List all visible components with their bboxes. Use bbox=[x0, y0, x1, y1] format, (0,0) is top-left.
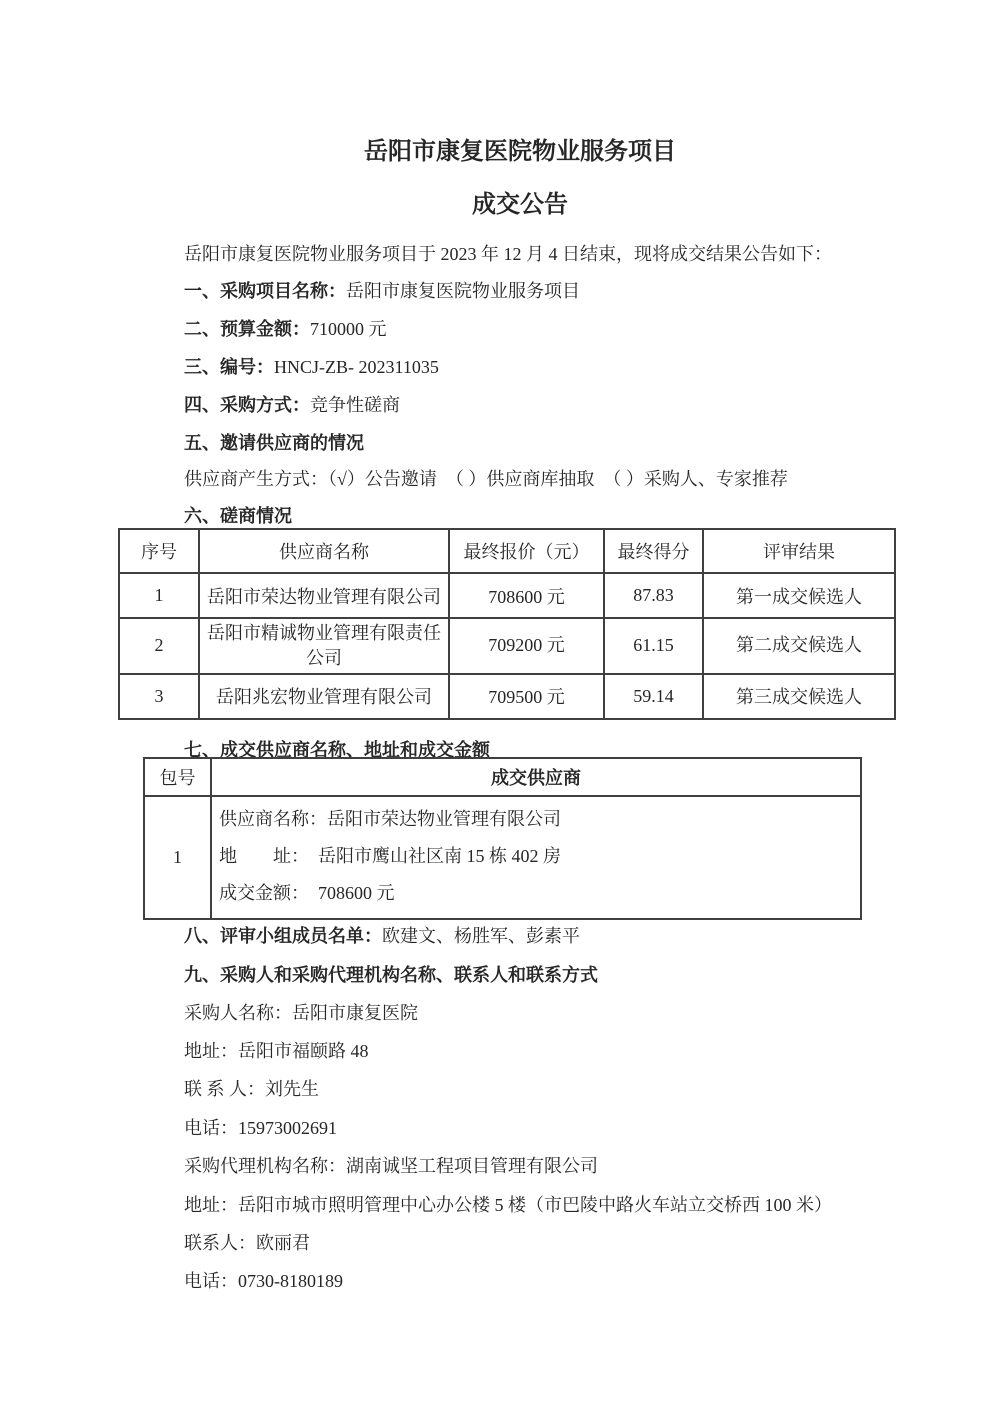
cell-final-score: 61.15 bbox=[604, 618, 703, 674]
contact-buyer-address: 地址：岳阳市福颐路 48 bbox=[184, 1040, 369, 1063]
negotiation-table: 序号 供应商名称 最终报价（元） 最终得分 评审结果 1 岳阳市荣达物业管理有限… bbox=[118, 528, 896, 720]
award-table: 包号 成交供应商 1 供应商名称：岳阳市荣达物业管理有限公司 地 址： 岳阳市鹰… bbox=[143, 757, 862, 920]
header-supplier: 供应商名称 bbox=[199, 529, 449, 573]
item-3-value: HNCJ-ZB- 202311035 bbox=[274, 357, 439, 377]
doc-title: 岳阳市康复医院物业服务项目 bbox=[184, 131, 856, 166]
item-8-panel-members: 八、评审小组成员名单：欧建文、杨胜军、彭素平 bbox=[184, 925, 580, 948]
cell-final-score: 87.83 bbox=[604, 573, 703, 618]
header-review-result: 评审结果 bbox=[703, 529, 895, 573]
cell-review-result: 第一成交候选人 bbox=[703, 573, 895, 618]
table-row: 3 岳阳兆宏物业管理有限公司 709500 元 59.14 第三成交候选人 bbox=[119, 674, 895, 719]
header-final-score: 最终得分 bbox=[604, 529, 703, 573]
item-9-contacts-heading: 九、采购人和采购代理机构名称、联系人和联系方式 bbox=[184, 964, 598, 987]
item-2-budget: 二、预算金额：710000 元 bbox=[184, 318, 387, 341]
cell-final-price: 709200 元 bbox=[449, 618, 604, 674]
header-package-no: 包号 bbox=[144, 758, 211, 796]
supplier-method-line: 供应商产生方式：（√）公告邀请 （ ）供应商库抽取 （ ）采购人、专家推荐 bbox=[184, 468, 788, 491]
cell-supplier: 岳阳兆宏物业管理有限公司 bbox=[199, 674, 449, 719]
award-supplier-name: 供应商名称：岳阳市荣达物业管理有限公司 bbox=[219, 801, 852, 838]
cell-final-price: 709500 元 bbox=[449, 674, 604, 719]
cell-review-result: 第二成交候选人 bbox=[703, 618, 895, 674]
table-row: 2 岳阳市精诚物业管理有限责任公司 709200 元 61.15 第二成交候选人 bbox=[119, 618, 895, 674]
cell-supplier: 岳阳市精诚物业管理有限责任公司 bbox=[199, 618, 449, 674]
cell-seq: 3 bbox=[119, 674, 199, 719]
intro-paragraph: 岳阳市康复医院物业服务项目于 2023 年 12 月 4 日结束，现将成交结果公… bbox=[184, 243, 832, 266]
item-6-negotiation-heading: 六、磋商情况 bbox=[184, 505, 292, 528]
negotiation-table-header-row: 序号 供应商名称 最终报价（元） 最终得分 评审结果 bbox=[119, 529, 895, 573]
award-table-header-row: 包号 成交供应商 bbox=[144, 758, 861, 796]
header-awarded-supplier: 成交供应商 bbox=[211, 758, 861, 796]
item-8-label: 八、评审小组成员名单： bbox=[184, 926, 382, 946]
table-row: 1 岳阳市荣达物业管理有限公司 708600 元 87.83 第一成交候选人 bbox=[119, 573, 895, 618]
header-final-price: 最终报价（元） bbox=[449, 529, 604, 573]
document-page: 岳阳市康复医院物业服务项目 成交公告 岳阳市康复医院物业服务项目于 2023 年… bbox=[0, 0, 1000, 1414]
award-supplier-address: 地 址： 岳阳市鹰山社区南 15 栋 402 房 bbox=[219, 838, 852, 875]
item-4-method: 四、采购方式：竞争性磋商 bbox=[184, 394, 400, 417]
item-3-label: 三、编号： bbox=[184, 357, 274, 377]
contact-buyer-person: 联 系 人：刘先生 bbox=[184, 1078, 319, 1101]
award-amount: 成交金额： 708600 元 bbox=[219, 875, 852, 912]
item-1-label: 一、采购项目名称： bbox=[184, 281, 346, 301]
cell-package-no: 1 bbox=[144, 796, 211, 919]
doc-subtitle: 成交公告 bbox=[184, 184, 856, 219]
item-2-value: 710000 元 bbox=[310, 319, 387, 339]
contact-buyer-phone: 电话：15973002691 bbox=[184, 1117, 337, 1140]
table-row: 1 供应商名称：岳阳市荣达物业管理有限公司 地 址： 岳阳市鹰山社区南 15 栋… bbox=[144, 796, 861, 919]
item-3-number: 三、编号：HNCJ-ZB- 202311035 bbox=[184, 356, 439, 379]
cell-awarded-supplier: 供应商名称：岳阳市荣达物业管理有限公司 地 址： 岳阳市鹰山社区南 15 栋 4… bbox=[211, 796, 861, 919]
contact-agency-phone: 电话：0730-8180189 bbox=[184, 1270, 343, 1293]
contact-agency-person: 联系人：欧丽君 bbox=[184, 1232, 310, 1255]
cell-final-price: 708600 元 bbox=[449, 573, 604, 618]
item-1-value: 岳阳市康复医院物业服务项目 bbox=[346, 281, 580, 301]
contact-agency-name: 采购代理机构名称：湖南诚坚工程项目管理有限公司 bbox=[184, 1155, 598, 1178]
contact-agency-address: 地址：岳阳市城市照明管理中心办公楼 5 楼（市巴陵中路火车站立交桥西 100 米… bbox=[184, 1194, 832, 1217]
cell-final-score: 59.14 bbox=[604, 674, 703, 719]
cell-seq: 2 bbox=[119, 618, 199, 674]
item-1-purchase-name: 一、采购项目名称：岳阳市康复医院物业服务项目 bbox=[184, 280, 580, 303]
cell-seq: 1 bbox=[119, 573, 199, 618]
contact-buyer-name: 采购人名称：岳阳市康复医院 bbox=[184, 1002, 418, 1025]
item-4-value: 竞争性磋商 bbox=[310, 395, 400, 415]
item-4-label: 四、采购方式： bbox=[184, 395, 310, 415]
cell-review-result: 第三成交候选人 bbox=[703, 674, 895, 719]
header-seq: 序号 bbox=[119, 529, 199, 573]
cell-supplier: 岳阳市荣达物业管理有限公司 bbox=[199, 573, 449, 618]
item-5-invite-heading: 五、邀请供应商的情况 bbox=[184, 432, 364, 455]
item-2-label: 二、预算金额： bbox=[184, 319, 310, 339]
item-8-value: 欧建文、杨胜军、彭素平 bbox=[382, 926, 580, 946]
